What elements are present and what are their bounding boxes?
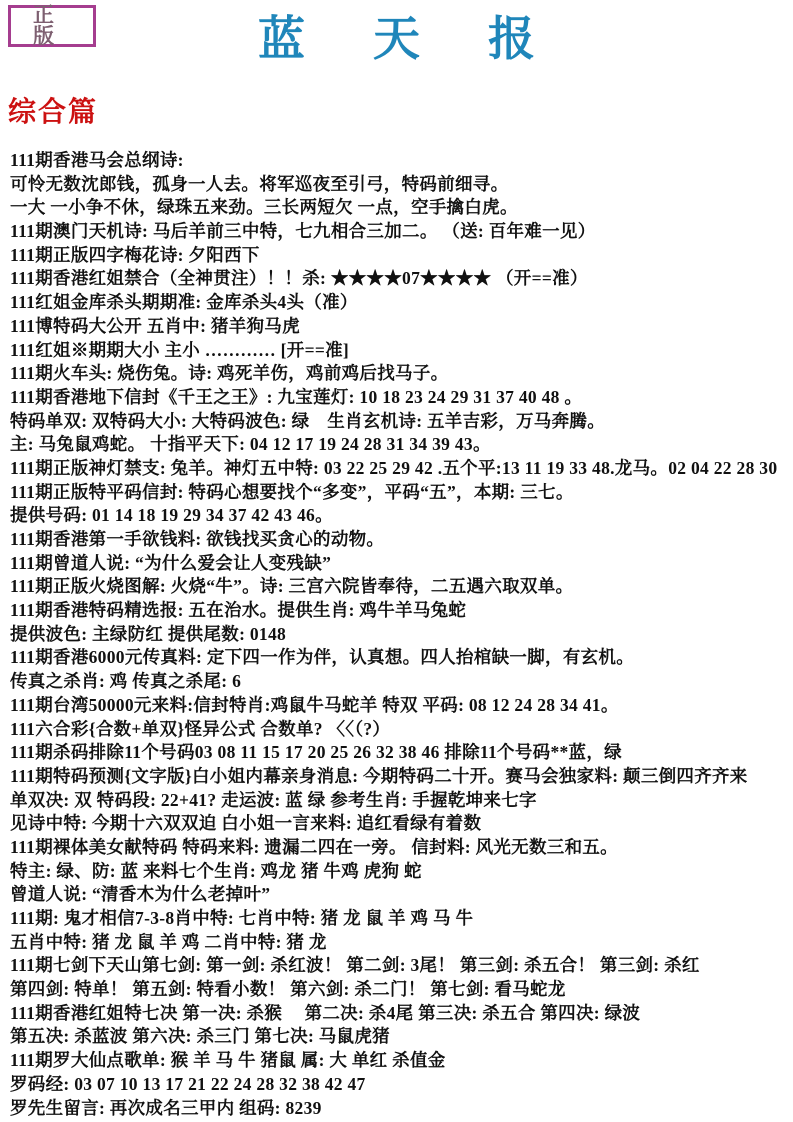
report-line: 111期特码预测{文字版}白小姐内幕亲身消息: 今期特码二十开。赛马会独家料: … <box>10 765 793 789</box>
report-line: 111期正版特平码信封: 特码心想要找个“多变”，平码“五”，本期: 三七。 <box>10 481 793 505</box>
report-body: 111期香港马会总纲诗:可怜无数沈郎钱，孤身一人去。将军巡夜至引弓，特码前细寻。… <box>10 149 793 1122</box>
report-line: 传真之杀肖: 鸡 传真之杀尾: 6 <box>10 670 793 694</box>
report-line: 单双决: 双 特码段: 22+41? 走运波: 蓝 绿 参考生肖: 手握乾坤来七… <box>10 789 793 813</box>
report-line: 第五决: 杀蓝波 第六决: 杀三门 第七决: 马鼠虎猪 <box>10 1025 793 1049</box>
newspaper-title: 蓝天报 <box>0 14 793 66</box>
report-line: 见诗中特: 今期十六双双迫 白小姐一言来料: 追红看绿有着数 <box>10 812 793 836</box>
section-title: 综合篇 <box>8 90 98 130</box>
report-line: 111期香港特码精选报: 五在治水。提供生肖: 鸡牛羊马兔蛇 <box>10 599 793 623</box>
report-line: 罗码经: 03 07 10 13 17 21 22 24 28 32 38 42… <box>10 1073 793 1097</box>
report-line: 111博特码大公开 五肖中: 猪羊狗马虎 <box>10 315 793 339</box>
report-line: 111期台湾50000元来料:信封特肖:鸡鼠牛马蛇羊 特双 平码: 08 12 … <box>10 694 793 718</box>
report-line: 111期澳门天机诗: 马后羊前三中特，七九相合三加二。 （送: 百年难一见） <box>10 220 793 244</box>
report-line: 第四剑: 特单！ 第五剑: 特看小数！ 第六剑: 杀二门！ 第七剑: 看马蛇龙 <box>10 978 793 1002</box>
report-line: 提供号码: 01 14 18 19 29 34 37 42 43 46。 <box>10 504 793 528</box>
report-line: 111期正版四字梅花诗: 夕阳西下 <box>10 244 793 268</box>
report-line: 特主: 绿、防: 蓝 来料七个生肖: 鸡龙 猪 牛鸡 虎狗 蛇 <box>10 860 793 884</box>
report-line: 111六合彩{合数+单双}怪异公式 合数单? 〈〈（?） <box>10 718 793 742</box>
report-line: 111红姐金库杀头期期准: 金库杀头4头（准） <box>10 291 793 315</box>
report-line: 111期香港地下信封《千王之王》: 九宝莲灯: 10 18 23 24 29 3… <box>10 386 793 410</box>
report-line: 曾道人说: “清香木为什么老掉叶” <box>10 883 793 907</box>
report-line: 111期杀码排除11个号码03 08 11 15 17 20 25 26 32 … <box>10 741 793 765</box>
report-line: 111期罗大仙点歌单: 猴 羊 马 牛 猪鼠 属: 大 单红 杀值金 <box>10 1049 793 1073</box>
report-line: 111期正版火烧图解: 火烧“牛”。诗: 三宫六院皆奉待，二五遇六取双单。 <box>10 575 793 599</box>
report-line: 111红姐※期期大小 主小 ………… [开==准] <box>10 339 793 363</box>
report-line: 提供波色: 主绿防红 提供尾数: 0148 <box>10 623 793 647</box>
report-line: 五肖中特: 猪 龙 鼠 羊 鸡 二肖中特: 猪 龙 <box>10 931 793 955</box>
report-line: 特码单双: 双特码大小: 大特码波色: 绿 生肖玄机诗: 五羊吉彩，万马奔腾。 <box>10 410 793 434</box>
report-line: 111期曾道人说: “为什么爱会让人变残缺” <box>10 552 793 576</box>
report-line: 可怜无数沈郎钱，孤身一人去。将军巡夜至引弓，特码前细寻。 <box>10 173 793 197</box>
report-line: 111期香港第一手欲钱料: 欲钱找买贪心的动物。 <box>10 528 793 552</box>
report-line: 111期: 鬼才相信7-3-8肖中特: 七肖中特: 猪 龙 鼠 羊 鸡 马 牛 <box>10 907 793 931</box>
report-line: 111期香港红姐特七决 第一决: 杀猴 第二决: 杀4尾 第三决: 杀五合 第四… <box>10 1002 793 1026</box>
report-line: 111期七剑下天山第七剑: 第一剑: 杀红波！ 第二剑: 3尾！ 第三剑: 杀五… <box>10 954 793 978</box>
report-line: 主: 马兔鼠鸡蛇。 十指平天下: 04 12 17 19 24 28 31 34… <box>10 433 793 457</box>
report-line: 111期火车头: 烧伤兔。诗: 鸡死羊伤，鸡前鸡后找马子。 <box>10 362 793 386</box>
report-line: 罗先生留言: 再次成名三甲内 组码: 8239 <box>10 1097 793 1121</box>
report-line: 111期香港6000元传真料: 定下四一作为伴，认真想。四人抬棺缺一脚，有玄机。 <box>10 646 793 670</box>
report-line: 111期香港红姐禁合（全神贯注）！！杀: ★★★★07★★★★ （开==准） <box>10 267 793 291</box>
report-line: 111期正版神灯禁支: 兔羊。神灯五中特: 03 22 25 29 42 .五个… <box>10 457 793 481</box>
report-line: 111期香港马会总纲诗: <box>10 149 793 173</box>
report-line: 111期裸体美女献特码 特码来料: 遗漏二四在一旁。 信封料: 风光无数三和五。 <box>10 836 793 860</box>
report-line: 一大 一小争不休，绿珠五来劲。三长两短欠 一点，空手擒白虎。 <box>10 196 793 220</box>
